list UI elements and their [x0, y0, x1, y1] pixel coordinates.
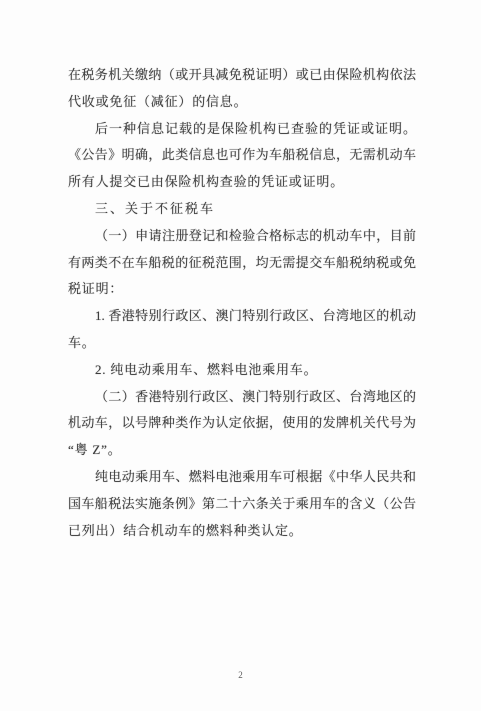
text-line: 后一种信息记载的是保险机构已查验的凭证或证明。 — [68, 116, 416, 143]
text-line: 车。 — [68, 330, 416, 357]
text-line: 2. 纯电动乘用车、燃料电池乘用车。 — [68, 357, 416, 384]
text-line: 在税务机关缴纳（或开具减免税证明）或已由保险机构依法 — [68, 62, 416, 89]
text-block: 在税务机关缴纳（或开具减免税证明）或已由保险机构依法代收或免征（减征）的信息。后… — [68, 62, 416, 544]
text-line: 所有人提交已由保险机构查验的凭证或证明。 — [68, 169, 416, 196]
text-line: 《公告》明确，此类信息也可作为车船税信息，无需机动车 — [68, 142, 416, 169]
text-line: “粤 Z”。 — [68, 437, 416, 464]
text-line: 已列出）结合机动车的燃料种类认定。 — [68, 518, 416, 545]
text-line: 税证明： — [68, 276, 416, 303]
scanned-document-page: 在税务机关缴纳（或开具减免税证明）或已由保险机构依法代收或免征（减征）的信息。后… — [0, 0, 481, 711]
text-line: （一）申请注册登记和检验合格标志的机动车中，目前 — [68, 223, 416, 250]
page-number: 2 — [0, 670, 481, 680]
text-line: 代收或免征（减征）的信息。 — [68, 89, 416, 116]
text-line: 纯电动乘用车、燃料电池乘用车可根据《中华人民共和 — [68, 464, 416, 491]
text-line: 机动车，以号牌种类作为认定依据，使用的发牌机关代号为 — [68, 410, 416, 437]
text-line: （二）香港特别行政区、澳门特别行政区、台湾地区的 — [68, 384, 416, 411]
text-line: 国车船税法实施条例》第二十六条关于乘用车的含义（公告 — [68, 491, 416, 518]
section-heading: 三、关于不征税车 — [68, 196, 416, 223]
text-line: 有两类不在车船税的征税范围，均无需提交车船税纳税或免 — [68, 250, 416, 277]
text-line: 1. 香港特别行政区、澳门特别行政区、台湾地区的机动 — [68, 303, 416, 330]
